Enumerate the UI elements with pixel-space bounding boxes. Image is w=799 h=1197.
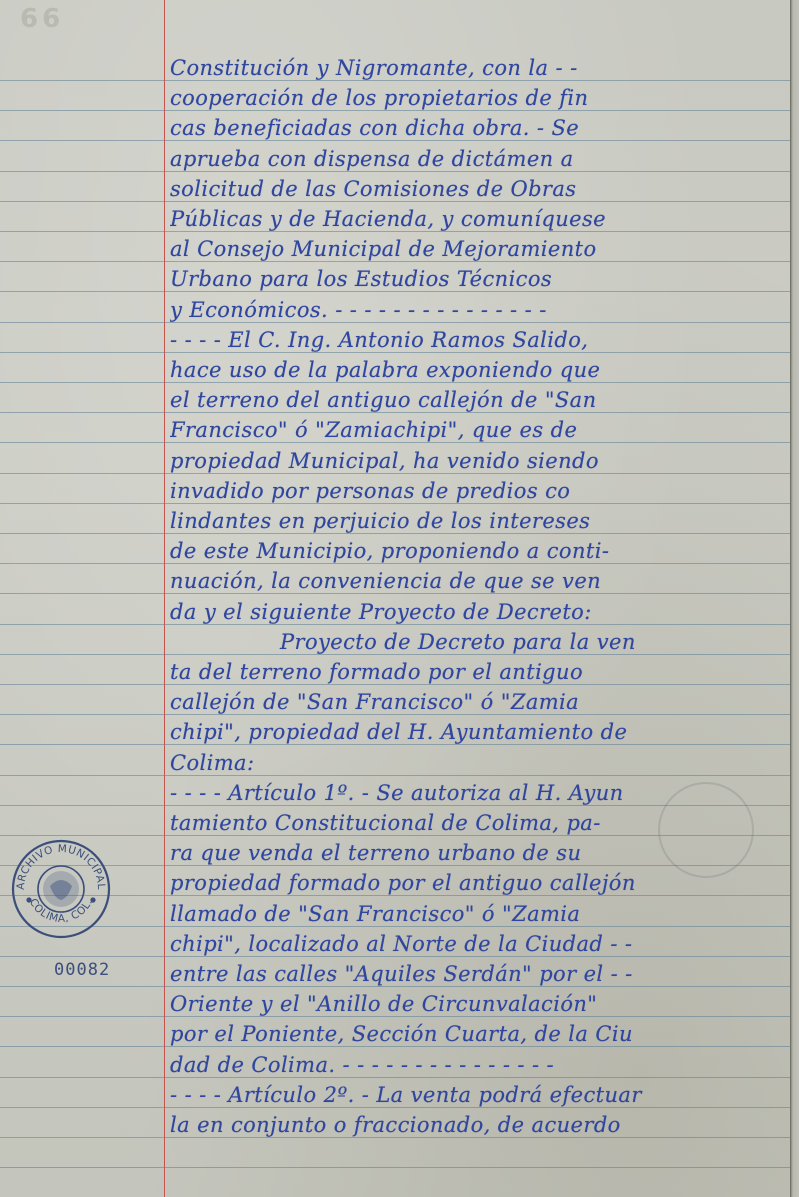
handwritten-line: al Consejo Municipal de Mejoramiento	[170, 234, 788, 264]
handwritten-line: entre las calles "Aquiles Serdán" por el…	[170, 959, 788, 989]
handwritten-line: propiedad formado por el antiguo callejó…	[170, 868, 788, 898]
handwritten-line: Constitución y Nigromante, con la - -	[170, 53, 788, 83]
handwritten-line: Francisco" ó "Zamiachipi", que es de	[170, 415, 788, 445]
ruled-line	[0, 1167, 790, 1168]
handwritten-line: de este Municipio, proponiendo a conti-	[170, 536, 788, 566]
handwritten-line: lindantes en perjuicio de los intereses	[170, 506, 788, 536]
handwritten-line: - - - - El C. Ing. Antonio Ramos Salido,	[170, 325, 788, 355]
handwritten-line: llamado de "San Francisco" ó "Zamia	[170, 899, 788, 929]
handwritten-line: aprueba con dispensa de dictámen a	[170, 144, 788, 174]
handwritten-line: - - - - Artículo 1º. - Se autoriza al H.…	[170, 778, 788, 808]
handwritten-line: nuación, la conveniencia de que se ven	[170, 566, 788, 596]
handwritten-line: Urbano para los Estudios Técnicos	[170, 264, 788, 294]
handwritten-line: Públicas y de Hacienda, y comuníquese	[170, 204, 788, 234]
handwritten-line: Colima:	[170, 748, 788, 778]
handwritten-line: cooperación de los propietarios de fin	[170, 83, 788, 113]
handwritten-line: dad de Colima. - - - - - - - - - - - - -…	[170, 1050, 788, 1080]
page-number-mark: 66	[20, 4, 64, 34]
document-page: 66 Constitución y Nigromante, con la - -…	[0, 0, 799, 1197]
page-right-edge	[790, 0, 799, 1197]
handwritten-line: invadido por personas de predios co	[170, 476, 788, 506]
handwritten-line: hace uso de la palabra exponiendo que	[170, 355, 788, 385]
handwritten-line: tamiento Constitucional de Colima, pa-	[170, 808, 788, 838]
handwritten-line: ra que venda el terreno urbano de su	[170, 838, 788, 868]
handwritten-line: chipi", localizado al Norte de la Ciudad…	[170, 929, 788, 959]
handwritten-line: - - - - Artículo 2º. - La venta podrá ef…	[170, 1080, 788, 1110]
handwritten-line: y Económicos. - - - - - - - - - - - - - …	[170, 295, 788, 325]
handwritten-line: callejón de "San Francisco" ó "Zamia	[170, 687, 788, 717]
handwritten-line: solicitud de las Comisiones de Obras	[170, 174, 788, 204]
red-margin-line	[164, 0, 165, 1197]
handwritten-line: da y el siguiente Proyecto de Decreto:	[170, 597, 788, 627]
archivo-municipal-stamp: ARCHIVO MUNICIPAL COLIMA, COL.	[10, 838, 112, 940]
handwritten-line: la en conjunto o fraccionado, de acuerdo	[170, 1110, 788, 1140]
handwritten-line: Oriente y el "Anillo de Circunvalación"	[170, 989, 788, 1019]
handwritten-line: el terreno del antiguo callejón de "San	[170, 385, 788, 415]
handwritten-line: chipi", propiedad del H. Ayuntamiento de	[170, 717, 788, 747]
handwritten-line: ta del terreno formado por el antiguo	[170, 657, 788, 687]
archive-folio-number: 00082	[54, 960, 110, 980]
handwritten-line: cas beneficiadas con dicha obra. - Se	[170, 113, 788, 143]
handwritten-line: propiedad Municipal, ha venido siendo	[170, 446, 788, 476]
handwritten-line: por el Poniente, Sección Cuarta, de la C…	[170, 1019, 788, 1049]
handwritten-line: Proyecto de Decreto para la ven	[170, 627, 788, 657]
